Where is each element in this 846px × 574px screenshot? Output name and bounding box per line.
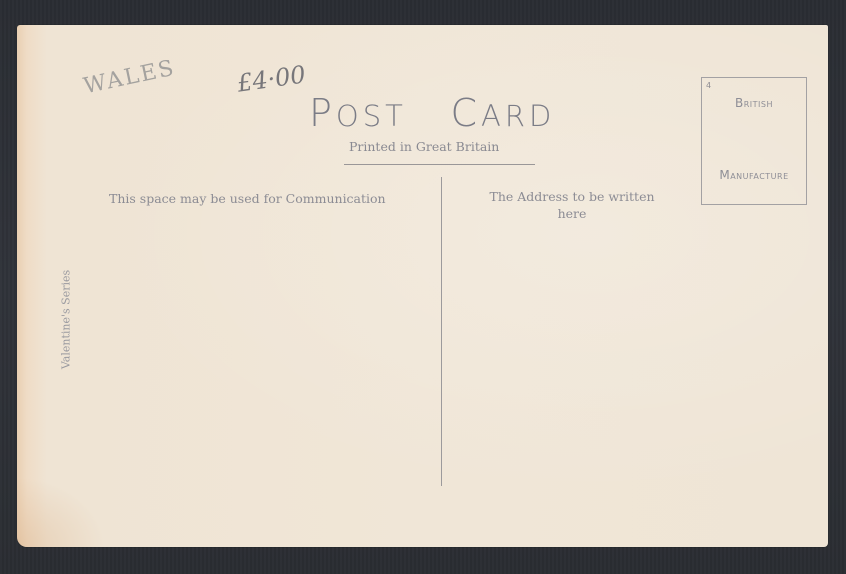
center-divider-line — [441, 177, 442, 486]
handwritten-price-note: £4·00 — [235, 60, 307, 97]
printed-in-label: Printed in Great Britain — [349, 139, 499, 154]
title-letter: C — [451, 91, 482, 135]
stamp-box-bottom-text: Manufacture — [702, 168, 806, 182]
title-word-rest: ARD — [481, 99, 555, 133]
postcard-title: POST CARD — [309, 91, 555, 135]
handwritten-region-note: WALES — [81, 56, 177, 100]
address-label: The Address to be written here — [477, 188, 667, 222]
title-word-rest: OST — [336, 99, 407, 133]
title-letter: P — [309, 91, 336, 135]
postcard-back: WALES £4·00 POST CARD Printed in Great B… — [17, 25, 828, 547]
communication-label: This space may be used for Communication — [109, 191, 386, 206]
stamp-box-number: 4 — [706, 81, 711, 90]
title-underline — [344, 164, 535, 165]
stamp-box-top-text: British — [702, 96, 806, 110]
publisher-series-label: Valentine's Series — [60, 250, 73, 390]
stamp-box: 4 British Manufacture — [701, 77, 807, 205]
